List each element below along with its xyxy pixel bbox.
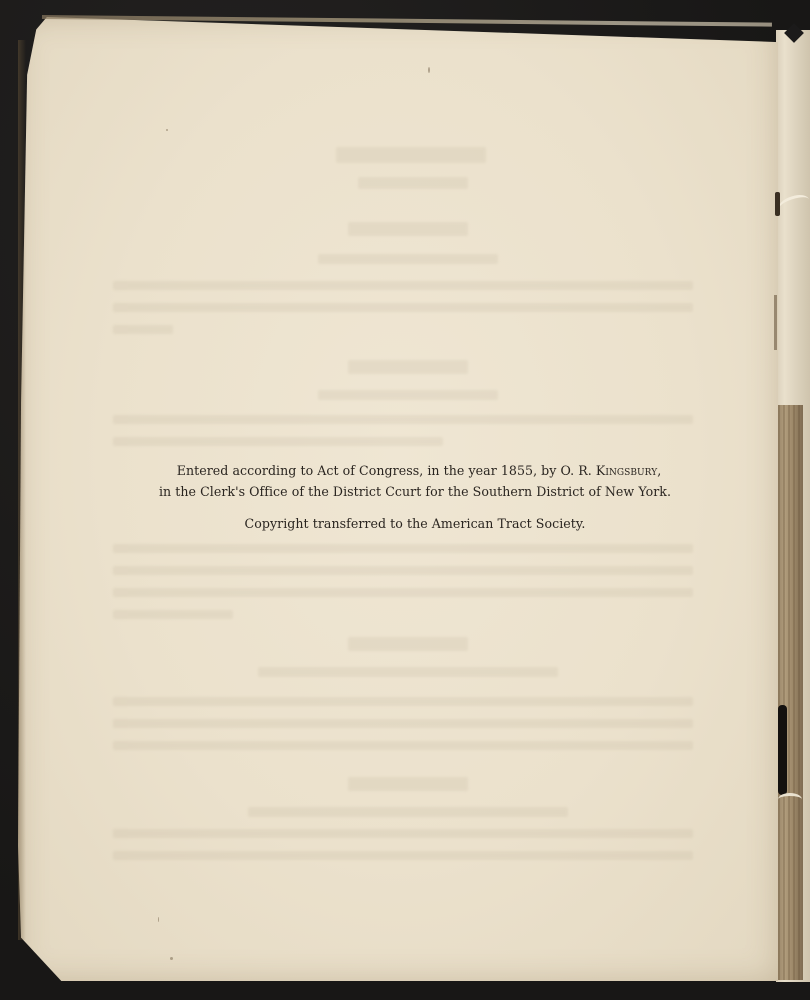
- bleed-through-line: [113, 566, 693, 575]
- copyright-court-line: in the Clerk's Office of the District Cc…: [150, 481, 680, 502]
- paper-speck: [428, 67, 430, 73]
- bleed-through-line: [113, 851, 693, 860]
- binding-thread-lower: [778, 793, 802, 806]
- bleed-through-chapter: [348, 777, 468, 791]
- copyright-entry-punctuation: ,: [657, 463, 661, 478]
- bleed-through-heading: [336, 147, 486, 163]
- bleed-through-line: [113, 303, 693, 312]
- bleed-through-line: [113, 697, 693, 706]
- copyright-holder-name: Kingsbury: [596, 463, 657, 478]
- bleed-through-line: [113, 281, 693, 290]
- bleed-through-chapter: [348, 637, 468, 651]
- bleed-through-chapter: [348, 222, 468, 236]
- bleed-through-line: [113, 325, 173, 334]
- copyright-notice: Entered according to Act of Congress, in…: [150, 460, 680, 534]
- bleed-through-subtitle: [318, 254, 498, 264]
- spine-tear: [778, 705, 787, 795]
- bleed-through-subtitle: [248, 807, 568, 817]
- page-left-edge: [18, 40, 26, 940]
- bleed-through-line: [113, 741, 693, 750]
- copyright-entry-line: Entered according to Act of Congress, in…: [158, 460, 680, 481]
- bleed-through-line: [113, 415, 693, 424]
- copyright-entry-text: Entered according to Act of Congress, in…: [177, 463, 596, 478]
- bleed-through-subtitle: [258, 667, 558, 677]
- bleed-through-subtitle: [318, 390, 498, 400]
- bleed-through-chapter: [348, 360, 468, 374]
- paper-speck: [166, 129, 168, 131]
- bleed-through-line: [113, 829, 693, 838]
- bleed-through-line: [113, 588, 693, 597]
- bleed-through-rule: [358, 177, 468, 189]
- paper-speck: [170, 957, 173, 960]
- bleed-through-line: [113, 719, 693, 728]
- gutter-stain: [774, 295, 777, 350]
- bleed-through-line: [113, 544, 693, 553]
- paper-speck: [158, 917, 159, 922]
- bleed-through-line: [113, 437, 443, 446]
- copyright-transfer-line: Copyright transferred to the American Tr…: [150, 513, 680, 534]
- page-tear: [775, 192, 780, 216]
- bleed-through-line: [113, 610, 233, 619]
